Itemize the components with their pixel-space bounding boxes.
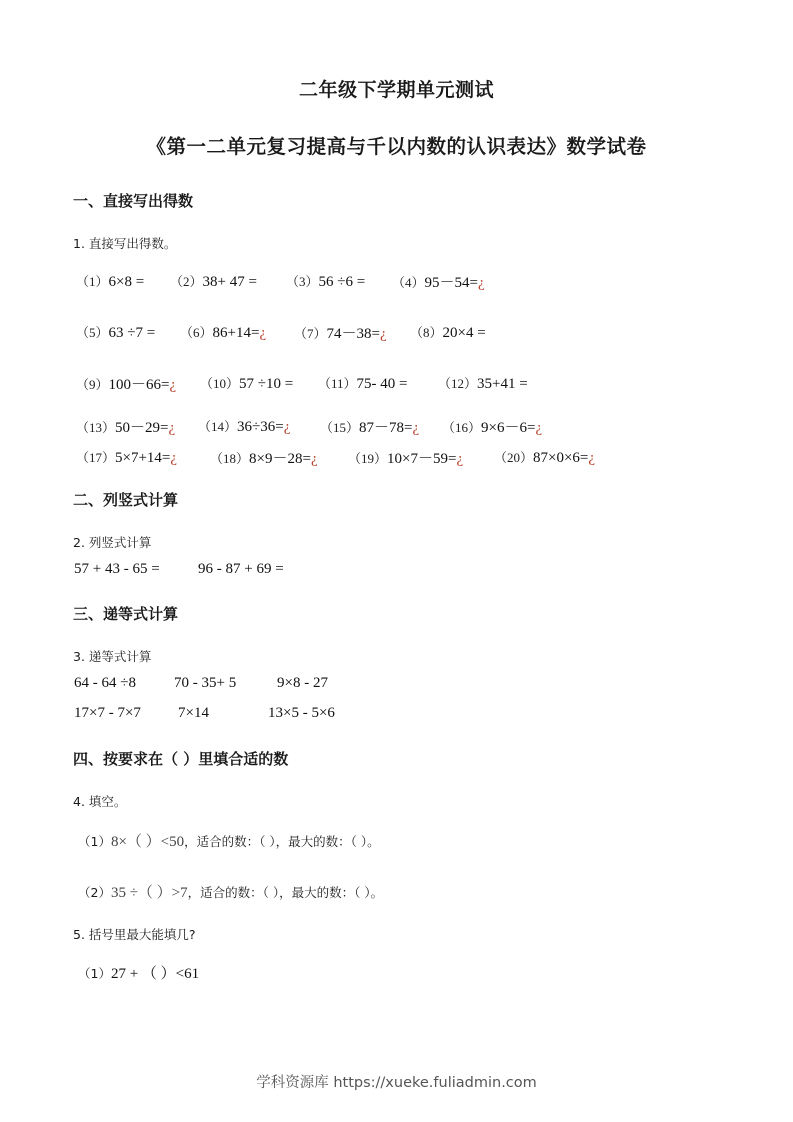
- question-label-4: 4. 填空。: [73, 792, 126, 810]
- section-heading-2: 二、列竖式计算: [73, 489, 178, 510]
- fill-blank-item-1: （1）8×（ ）<50，适合的数：（ ），最大的数：（ ）。: [78, 830, 380, 851]
- problem-number: （1）: [76, 274, 109, 289]
- fill-blank-text: ，适合的数：（ ），最大的数：（ ）。: [188, 885, 383, 900]
- problem-expression: 86+14=: [213, 325, 260, 341]
- problem-expression: 6×8 =: [109, 274, 145, 290]
- answer-mark: ¿: [380, 326, 387, 342]
- problem-number: （11）: [318, 376, 357, 391]
- problem-number: （2）: [170, 274, 203, 289]
- problem-expression: 38+ 47 =: [203, 274, 257, 290]
- answer-mark: ¿: [588, 450, 595, 466]
- vertical-calc-item: 57 + 43 - 65 =: [74, 561, 160, 578]
- fill-blank-text: ，适合的数：（ ），最大的数：（ ）。: [184, 834, 379, 849]
- problem-expression: 27 + （ ）<61: [111, 966, 199, 982]
- problem-number: （14）: [198, 419, 237, 434]
- problem-number: （1）: [78, 966, 111, 981]
- problem-number: （20）: [494, 450, 533, 465]
- problem-number: （18）: [210, 451, 249, 466]
- problem-number: （7）: [294, 326, 327, 341]
- section-heading-3: 三、递等式计算: [73, 603, 178, 624]
- problem-expression: 57 ÷10 =: [239, 376, 293, 392]
- problem-expression: 50－29=: [115, 420, 168, 436]
- problem-number: （12）: [438, 376, 477, 391]
- step-calc-item: 17×7 - 7×7: [74, 705, 141, 722]
- problem-number: （5）: [76, 325, 109, 340]
- step-calc-item: 13×5 - 5×6: [268, 705, 335, 722]
- answer-mark: ¿: [169, 377, 176, 393]
- step-calc-item: 70 - 35+ 5: [174, 675, 236, 692]
- problem-number: （6）: [180, 325, 213, 340]
- answer-mark: ¿: [535, 420, 542, 436]
- problem-expression: 100－66=: [109, 377, 170, 393]
- answer-mark: ¿: [456, 451, 463, 467]
- answer-mark: ¿: [311, 451, 318, 467]
- answer-mark: ¿: [478, 275, 485, 291]
- problem-expression: 8×9－28=: [249, 451, 311, 467]
- step-calc-item: 9×8 - 27: [277, 675, 328, 692]
- problem-expression: 87－78=: [359, 420, 412, 436]
- problem-expression: 74－38=: [327, 326, 380, 342]
- answer-mark: ¿: [259, 325, 266, 341]
- vertical-calc-item: 96 - 87 + 69 =: [198, 561, 284, 578]
- problem-number: （3）: [286, 274, 319, 289]
- problem-number: （1）: [78, 834, 111, 849]
- question-label-1: 1. 直接写出得数。: [73, 234, 176, 252]
- problem-expression: 63 ÷7 =: [109, 325, 156, 341]
- problem-number: （13）: [76, 420, 115, 435]
- step-calc-item: 7×14: [178, 705, 209, 722]
- question-label-3: 3. 递等式计算: [73, 647, 151, 665]
- problem-expression: 56 ÷6 =: [319, 274, 366, 290]
- problem-number: （2）: [78, 885, 111, 900]
- problem-number: （15）: [320, 420, 359, 435]
- footer-watermark: 学科资源库 https://xueke.fuliadmin.com: [0, 1071, 793, 1092]
- question-label-2: 2. 列竖式计算: [73, 533, 151, 551]
- answer-mark: ¿: [412, 420, 419, 436]
- answer-mark: ¿: [168, 420, 175, 436]
- problem-expression: 35+41 =: [477, 376, 528, 392]
- answer-mark: ¿: [170, 450, 177, 466]
- problem-expression: 35 ÷（ ）>7: [111, 885, 188, 901]
- problem-expression: 75- 40 =: [357, 376, 408, 392]
- problem-number: （4）: [392, 275, 425, 290]
- problem-expression: 20×4 =: [443, 325, 486, 341]
- section-heading-4: 四、按要求在（ ）里填合适的数: [73, 748, 288, 769]
- problem-expression: 10×7－59=: [387, 451, 456, 467]
- problem-expression: 9×6－6=: [481, 420, 535, 436]
- problem-expression: 95－54=: [425, 275, 478, 291]
- step-calc-item: 64 - 64 ÷8: [74, 675, 136, 692]
- problem-number: （17）: [76, 450, 115, 465]
- fill-blank-item-2: （2）35 ÷（ ）>7，适合的数：（ ），最大的数：（ ）。: [78, 881, 383, 902]
- document-subtitle: 《第一二单元复习提高与千以内数的认识表达》数学试卷: [0, 131, 793, 159]
- section-heading-1: 一、直接写出得数: [73, 190, 193, 211]
- problem-number: （8）: [410, 325, 443, 340]
- document-title: 二年级下学期单元测试: [0, 75, 793, 102]
- problem-expression: 87×0×6=: [533, 450, 588, 466]
- problem-expression: 36÷36=: [237, 419, 284, 435]
- max-fill-item-1: （1）27 + （ ）<61: [78, 962, 199, 983]
- answer-mark: ¿: [284, 419, 291, 435]
- problem-number: （16）: [442, 420, 481, 435]
- question-label-5: 5. 括号里最大能填几?: [73, 925, 196, 943]
- problem-number: （10）: [200, 376, 239, 391]
- problem-expression: 8×（ ）<50: [111, 834, 184, 850]
- problem-expression: 5×7+14=: [115, 450, 170, 466]
- problem-number: （9）: [76, 377, 109, 392]
- problem-number: （19）: [348, 451, 387, 466]
